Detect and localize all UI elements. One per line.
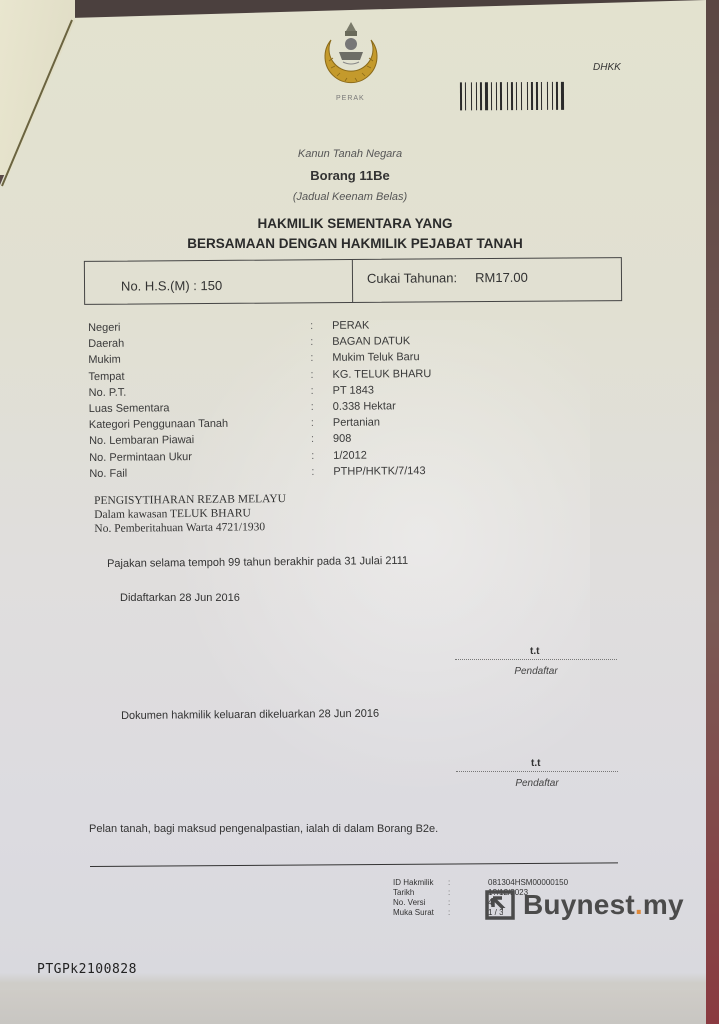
field-value: 0.338 Hektar [333, 399, 509, 417]
field-colon: : [310, 352, 332, 368]
annual-tax: Cukai Tahunan: RM17.00 [353, 258, 621, 302]
field-label: Mukim [88, 352, 310, 370]
field-label: Daerah [88, 336, 310, 354]
plan-note: Pelan tanah, bagi maksud pengenalpastian… [89, 823, 438, 835]
field-colon: : [310, 320, 332, 336]
field-label: Luas Sementara [89, 401, 311, 419]
field-value: PERAK [332, 318, 508, 336]
annual-tax-label: Cukai Tahunan: [367, 270, 457, 302]
hs-number: No. H.S.(M) : 150 [85, 260, 353, 304]
form-number: Borang 11Be [250, 168, 450, 183]
land-title-page: PERAK DHKK Kanun Tanah Negara Borang 11B… [0, 0, 706, 1024]
field-colon: : [311, 385, 333, 401]
field-colon: : [311, 401, 333, 417]
malay-reserve-declaration: PENGISYTIHARAN REZAB MELAYU Dalam kawasa… [94, 492, 286, 536]
field-value: Pertanian [333, 415, 509, 433]
buynest-watermark: Buynest.my [483, 888, 684, 922]
field-value: PTHP/HKTK/7/143 [333, 464, 509, 482]
page-fold-line [0, 18, 75, 188]
field-colon: : [311, 449, 333, 465]
field-label: Negeri [88, 320, 310, 338]
signature-role: Pendaftar [456, 778, 618, 789]
schedule-label: (Jadual Keenam Belas) [250, 191, 450, 203]
title-line-1: HAKMILIK SEMENTARA YANG [200, 216, 510, 231]
buynest-logo-icon [483, 888, 517, 922]
field-value: Mukim Teluk Baru [332, 351, 508, 369]
signature-role: Pendaftar [455, 666, 617, 677]
brand-dot: . [635, 889, 643, 920]
meta-label: Tarikh [393, 888, 448, 898]
reserve-line-1: PENGISYTIHARAN REZAB MELAYU [94, 492, 286, 508]
meta-label: ID Hakmilik [393, 878, 448, 888]
brand-tld: my [643, 889, 684, 920]
field-label: No. Lembaran Piawai [89, 433, 311, 451]
field-label: No. Fail [89, 466, 311, 484]
registrar-signature-1: t.t Pendaftar [455, 651, 617, 677]
signature-mark: t.t [530, 646, 539, 657]
issue-date: Dokumen hakmilik keluaran dikeluarkan 28… [121, 708, 379, 722]
annual-tax-value: RM17.00 [475, 270, 528, 301]
field-label: No. Permintaan Ukur [89, 450, 311, 468]
field-label: Kategori Penggunaan Tanah [89, 417, 311, 435]
title-line-2: BERSAMAAN DENGAN HAKMILIK PEJABAT TANAH [155, 236, 555, 251]
document-code: DHKK [593, 62, 621, 73]
title-summary-box: No. H.S.(M) : 150 Cukai Tahunan: RM17.00 [84, 257, 622, 305]
field-colon: : [311, 466, 333, 482]
land-details: Negeri:PERAKDaerah:BAGAN DATUKMukim:Muki… [88, 318, 509, 484]
field-label: No. P.T. [89, 385, 311, 403]
registrar-signature-2: t.t Pendaftar [456, 763, 618, 789]
divider [90, 862, 618, 867]
meta-colon: : [448, 898, 488, 908]
registration-date: Didaftarkan 28 Jun 2016 [120, 592, 240, 604]
field-label: Tempat [88, 369, 310, 387]
field-colon: : [310, 336, 332, 352]
field-colon: : [311, 433, 333, 449]
field-value: PT 1843 [333, 383, 509, 401]
page-bottom-shade [0, 990, 706, 1024]
act-name: Kanun Tanah Negara [250, 148, 450, 160]
field-value: BAGAN DATUK [332, 335, 508, 353]
barcode-icon [460, 82, 608, 111]
serial-number: PTGPk2100828 [37, 962, 137, 977]
field-value: 1/2012 [333, 448, 509, 466]
meta-colon: : [448, 908, 488, 918]
crest-label: PERAK [336, 95, 365, 102]
signature-mark: t.t [531, 758, 540, 769]
meta-value: 081304HSM00000150 [488, 878, 568, 888]
reserve-line-3: No. Pemberitahuan Warta 4721/1930 [94, 520, 286, 536]
meta-row: ID Hakmilik:081304HSM00000150 [393, 878, 568, 888]
meta-label: Muka Surat [393, 908, 448, 918]
buynest-text: Buynest.my [523, 889, 684, 921]
meta-colon: : [448, 878, 488, 888]
brand-name: Buynest [523, 889, 635, 920]
meta-label: No. Versi [393, 898, 448, 908]
field-colon: : [310, 368, 332, 384]
field-colon: : [311, 417, 333, 433]
meta-colon: : [448, 888, 488, 898]
field-value: KG. TELUK BHARU [332, 367, 508, 385]
field-value: 908 [333, 432, 509, 450]
background-edge [705, 0, 719, 1024]
